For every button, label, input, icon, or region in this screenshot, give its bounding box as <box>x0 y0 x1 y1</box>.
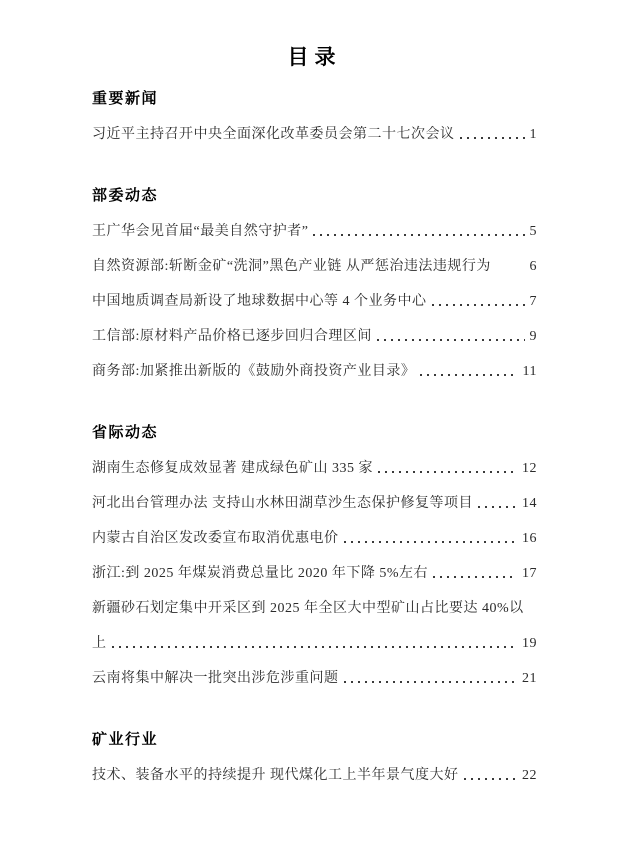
dot-leader <box>524 611 537 613</box>
entry-title: 上 <box>92 626 107 661</box>
dot-leader <box>464 778 518 780</box>
toc-section: 部委动态 王广华会见首届“最美自然守护者” 5 自然资源部:斩断金矿“洗洞”黑色… <box>92 179 537 389</box>
dot-leader <box>344 681 518 683</box>
entry-title: 中国地质调查局新设了地球数据中心等 4 个业务中心 <box>92 284 427 319</box>
entry-page: 5 <box>530 214 538 249</box>
document-page: 目录 重要新闻 习近平主持召开中央全面深化改革委员会第二十七次会议 1 部委动态… <box>0 0 633 847</box>
toc-entry: 新疆砂石划定集中开采区到 2025 年全区大中型矿山占比要达 40%以 <box>92 591 537 626</box>
toc-entry: 技术、装备水平的持续提升 现代煤化工上半年景气度大好 22 <box>92 758 537 793</box>
section-heading: 省际动态 <box>92 416 537 451</box>
toc-entry: 浙江:到 2025 年煤炭消费总量比 2020 年下降 5%左右 17 <box>92 556 537 591</box>
entry-page: 16 <box>522 521 537 556</box>
entry-page: 11 <box>523 354 537 389</box>
entry-page: 1 <box>530 117 538 152</box>
dot-leader <box>378 471 517 473</box>
toc-title: 目录 <box>92 42 537 72</box>
entry-page: 22 <box>522 758 537 793</box>
toc-section: 重要新闻 习近平主持召开中央全面深化改革委员会第二十七次会议 1 <box>92 82 537 152</box>
toc-entry: 王广华会见首届“最美自然守护者” 5 <box>92 214 537 249</box>
toc-entry: 内蒙古自治区发改委宣布取消优惠电价 16 <box>92 521 537 556</box>
entry-page: 6 <box>530 249 538 284</box>
entry-page: 19 <box>522 626 537 661</box>
entry-title: 河北出台管理办法 支持山水林田湖草沙生态保护修复等项目 <box>92 486 473 521</box>
dot-leader <box>377 339 525 341</box>
entry-page: 17 <box>522 556 537 591</box>
entry-title: 自然资源部:斩断金矿“洗洞”黑色产业链 从严惩治违法违规行为 <box>92 249 491 284</box>
entry-title: 云南将集中解决一批突出涉危涉重问题 <box>92 661 339 696</box>
dot-leader <box>491 269 530 271</box>
toc-entry: 中国地质调查局新设了地球数据中心等 4 个业务中心 7 <box>92 284 537 319</box>
entry-title: 工信部:原材料产品价格已逐步回归合理区间 <box>92 319 372 354</box>
entry-page: 21 <box>522 661 537 696</box>
dot-leader <box>344 541 518 543</box>
toc-entry: 商务部:加紧推出新版的《鼓励外商投资产业目录》 11 <box>92 354 537 389</box>
entry-page: 12 <box>522 451 537 486</box>
entry-title: 湖南生态修复成效显著 建成绿色矿山 335 家 <box>92 451 373 486</box>
entry-title: 新疆砂石划定集中开采区到 2025 年全区大中型矿山占比要达 40%以 <box>92 591 524 626</box>
toc-section: 矿业行业 技术、装备水平的持续提升 现代煤化工上半年景气度大好 22 <box>92 723 537 793</box>
toc-entry: 上 19 <box>92 626 537 661</box>
dot-leader <box>313 234 524 236</box>
entry-page: 7 <box>530 284 538 319</box>
section-heading: 重要新闻 <box>92 82 537 117</box>
toc-entry: 湖南生态修复成效显著 建成绿色矿山 335 家 12 <box>92 451 537 486</box>
section-heading: 部委动态 <box>92 179 537 214</box>
toc-entry: 云南将集中解决一批突出涉危涉重问题 21 <box>92 661 537 696</box>
entry-page: 14 <box>522 486 537 521</box>
toc-entry: 自然资源部:斩断金矿“洗洞”黑色产业链 从严惩治违法违规行为 6 <box>92 249 537 284</box>
entry-title: 王广华会见首届“最美自然守护者” <box>92 214 308 249</box>
dot-leader <box>112 646 518 648</box>
dot-leader <box>432 304 525 306</box>
dot-leader <box>433 576 517 578</box>
toc-entry: 习近平主持召开中央全面深化改革委员会第二十七次会议 1 <box>92 117 537 152</box>
entry-title: 浙江:到 2025 年煤炭消费总量比 2020 年下降 5%左右 <box>92 556 428 591</box>
section-heading: 矿业行业 <box>92 723 537 758</box>
dot-leader <box>460 137 525 139</box>
toc-entry: 工信部:原材料产品价格已逐步回归合理区间 9 <box>92 319 537 354</box>
entry-title: 内蒙古自治区发改委宣布取消优惠电价 <box>92 521 339 556</box>
entry-title: 商务部:加紧推出新版的《鼓励外商投资产业目录》 <box>92 354 415 389</box>
toc-entry: 河北出台管理办法 支持山水林田湖草沙生态保护修复等项目 14 <box>92 486 537 521</box>
toc-section: 省际动态 湖南生态修复成效显著 建成绿色矿山 335 家 12 河北出台管理办法… <box>92 416 537 696</box>
entry-page: 9 <box>530 319 538 354</box>
entry-title: 习近平主持召开中央全面深化改革委员会第二十七次会议 <box>92 117 455 152</box>
entry-title: 技术、装备水平的持续提升 现代煤化工上半年景气度大好 <box>92 758 459 793</box>
dot-leader <box>478 506 517 508</box>
dot-leader <box>420 374 517 376</box>
